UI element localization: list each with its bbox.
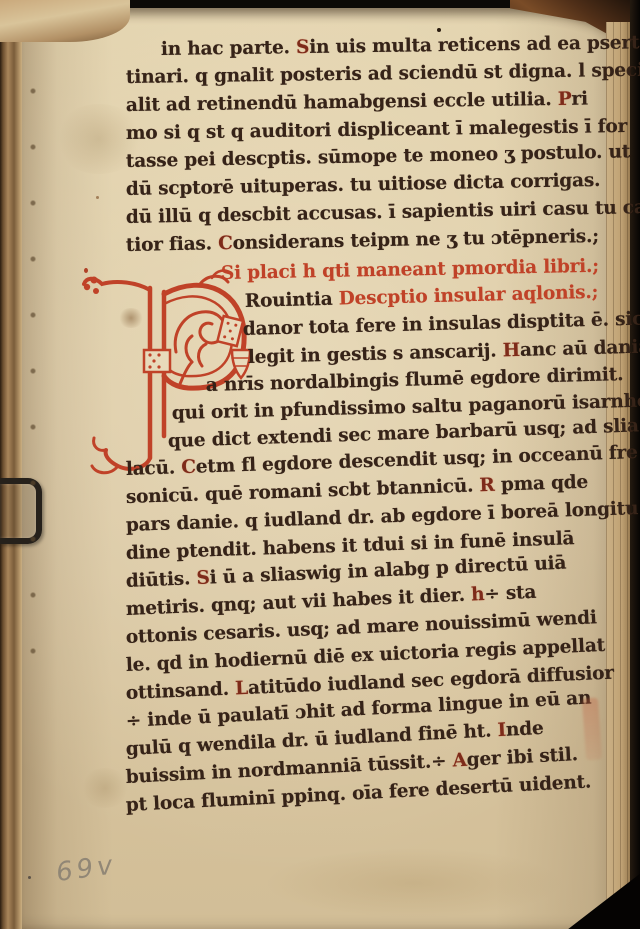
- text-segment: ottinsand.: [125, 678, 235, 704]
- text-segment: Descptio insular aqlonis.;: [338, 282, 598, 310]
- text-segment: H: [502, 340, 520, 361]
- text-segment: C: [181, 457, 196, 478]
- parchment-stain: [264, 848, 564, 918]
- text-segment: alit ad retinendū hamabgensi eccle utili…: [126, 89, 558, 116]
- text-segment: S: [296, 37, 309, 58]
- text-segment: nde: [505, 718, 544, 741]
- text-segment: S: [196, 568, 210, 590]
- text-segment: legit in gestis s anscarij.: [248, 340, 503, 368]
- ink-speck: [96, 196, 99, 199]
- text-segment: h: [471, 584, 485, 606]
- book-spine-edge: [0, 0, 22, 929]
- text-segment: R: [479, 475, 495, 496]
- text-segment: tior fias.: [126, 233, 219, 256]
- text-segment: ÷ sta: [484, 582, 537, 605]
- photo-of-manuscript: { "page": { "folio_mark": "69v", "drop_c…: [0, 0, 640, 929]
- parchment-stain: [80, 768, 130, 808]
- text-segment: pma qde: [494, 472, 588, 496]
- text-segment: anc aū dania: [520, 336, 640, 360]
- text-segment: in uis multa reticens ad ea pserti fes: [309, 32, 640, 58]
- text-segment: C: [218, 233, 233, 254]
- text-segment: P: [558, 89, 572, 110]
- background-black-strip: [630, 0, 640, 929]
- text-segment: ger ibi stil.: [466, 744, 578, 771]
- text-segment: A: [452, 750, 467, 772]
- pencil-speck: [28, 876, 31, 879]
- pricking-holes: [29, 86, 38, 661]
- text-segment: diūtis.: [125, 568, 197, 592]
- text-segment: L: [235, 678, 249, 700]
- text-segment: lacū.: [126, 457, 182, 480]
- text-segment: tinari. q gnalit posteris ad sciendū st …: [126, 60, 640, 88]
- text-segment: onsiderans teipm ne ʒ tu ɔtēpneris.;: [232, 226, 599, 254]
- text-segment: ri: [571, 89, 588, 110]
- text-segment: in hac parte.: [161, 37, 296, 60]
- text-block: in hac parte. Sin uis multa reticens ad …: [126, 36, 618, 820]
- text-segment: Rouintia: [245, 289, 339, 312]
